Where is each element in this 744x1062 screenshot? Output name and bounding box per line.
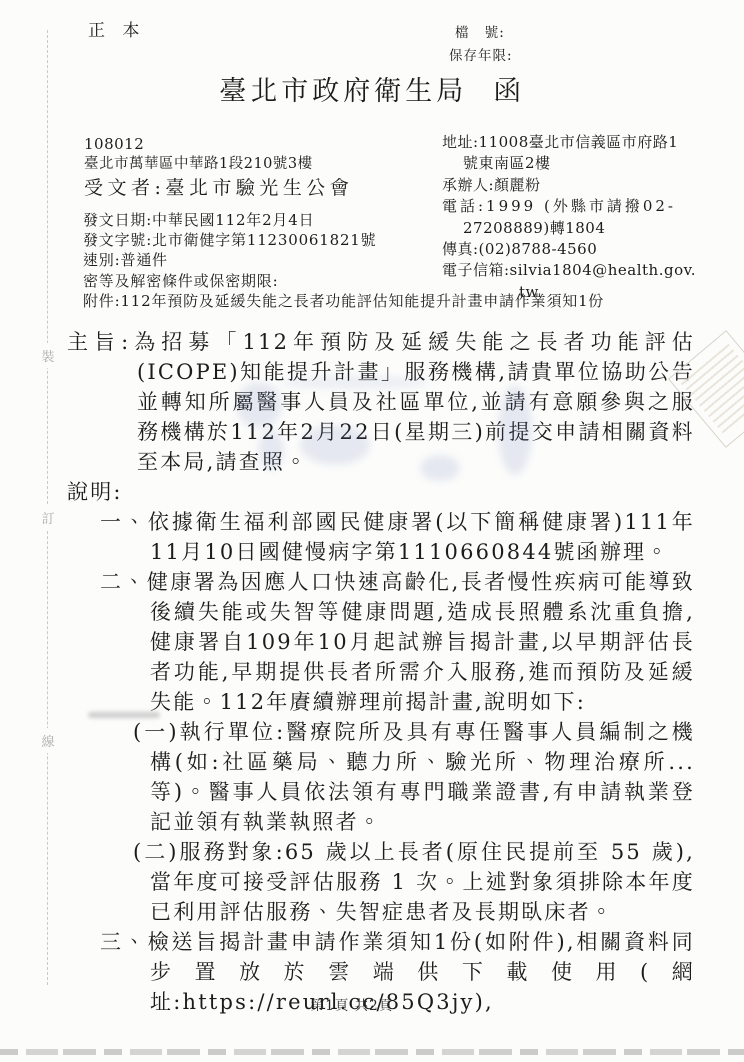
phone-line2: 27208889)轉1804 — [463, 218, 727, 239]
document-title: 臺北市政府衛生局 函 — [0, 74, 744, 110]
fax-line: 傳真:(02)8788-4560 — [442, 239, 727, 260]
file-label-block: 檔 號: 保存年限: — [449, 22, 513, 67]
subject-paragraph: 主旨:為招募「112年預防及延緩失能之長者功能評估(ICOPE)知能提升計畫」服… — [67, 327, 695, 477]
explanation-item-1: 一、依據衛生福利部國民健康署(以下簡稱健康署)111年11月10日國健慢病字第1… — [67, 507, 695, 567]
ink-smudge — [280, 376, 430, 389]
email-line1: 電子信箱:silvia1804@health.gov. — [442, 260, 727, 281]
ink-smudge — [300, 425, 370, 465]
explanation-item-2: 二、健康署為因應人口快速高齡化,長者慢性疾病可能導致後續失能或失智等健康問題,造… — [67, 567, 695, 717]
recipient-address: 臺北市萬華區中華路1段210號3樓 — [84, 154, 353, 175]
copy-type-label: 正 本 — [88, 16, 140, 41]
binding-mark-ding: 訂 — [40, 505, 56, 530]
recipient-block: 108012 臺北市萬華區中華路1段210號3樓 受文者:臺北市驗光生公會 — [84, 134, 353, 201]
pencil-smudge — [88, 712, 160, 718]
sender-address-line2: 號東南區2樓 — [463, 153, 727, 174]
ink-smudge — [258, 430, 284, 470]
explanation-label: 說明: — [67, 477, 695, 507]
binding-mark-zhuang: 裝 — [40, 343, 56, 368]
file-number-label: 檔 號: — [449, 22, 513, 45]
document-page: 裝 訂 線 正 本 檔 號: 保存年限: 臺北市政府衛生局 函 108012 臺… — [0, 0, 744, 1062]
email-line2: tw — [519, 282, 727, 303]
page-number-footer: 第1頁 共2頁 — [0, 994, 724, 1014]
binding-mark-xian: 線 — [40, 728, 56, 753]
contact-block: 地址:11008臺北市信義區市府路1 號東南區2樓 承辦人:顏麗粉 電話:199… — [442, 132, 727, 303]
explanation-item-2-sub-2: (二)服務對象:65 歲以上長者(原住民提前至 55 歲),當年度可接受評估服務… — [67, 837, 695, 927]
ink-smudge — [236, 382, 282, 428]
ink-smudge — [498, 385, 532, 475]
scan-artifact-band — [0, 1049, 744, 1055]
explanation-item-2-sub-1: (一)執行單位:醫療院所及具有專任醫事人員編制之機構(如:社區藥局、聽力所、驗光… — [67, 717, 695, 837]
contact-person-line: 承辦人:顏麗粉 — [442, 175, 727, 196]
recipient-line: 受文者:臺北市驗光生公會 — [84, 175, 353, 201]
phone-line1: 電話:1999 (外縣市請撥02- — [442, 196, 727, 217]
ink-smudge — [420, 455, 460, 481]
retention-period-label: 保存年限: — [449, 45, 513, 68]
sender-address-line1: 地址:11008臺北市信義區市府路1 — [442, 132, 727, 153]
letter-body: 主旨:為招募「112年預防及延緩失能之長者功能評估(ICOPE)知能提升計畫」服… — [67, 327, 695, 1017]
recipient-code: 108012 — [84, 134, 353, 154]
